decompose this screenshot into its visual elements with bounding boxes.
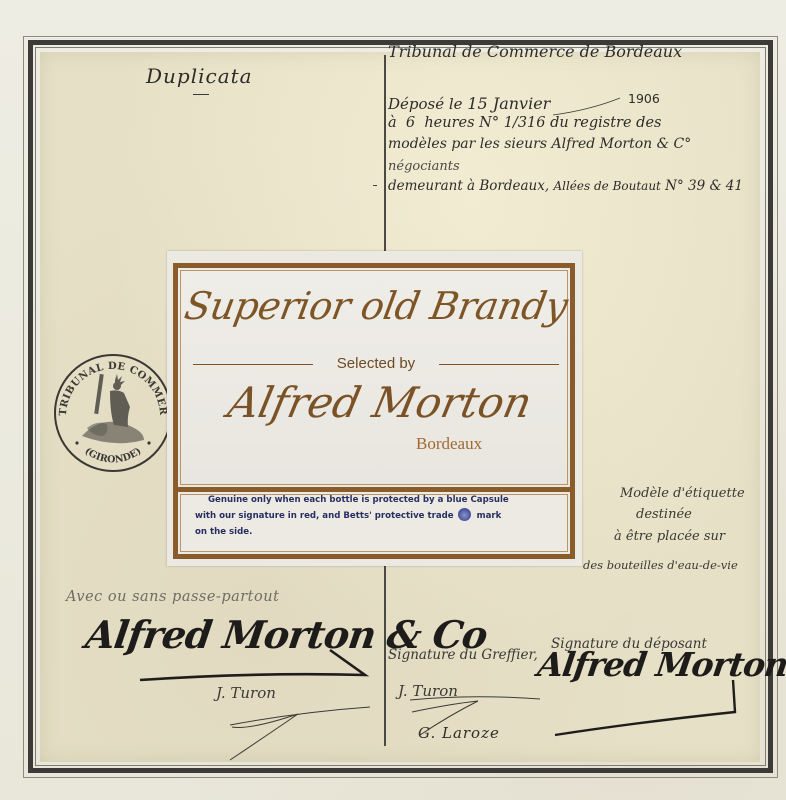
initials-signature-left: J. Turon	[216, 684, 276, 702]
deposit-prefix: Déposé le	[388, 95, 463, 113]
column-divider-top	[384, 55, 386, 260]
time-prefix: à	[388, 115, 397, 131]
passe-partout-note: Avec ou sans passe-partout	[66, 589, 279, 605]
selected-by-row: Selected by	[193, 355, 559, 375]
address-prefix: demeurant à Bordeaux,	[388, 178, 549, 194]
time-suffix: du registre des	[550, 115, 661, 131]
models-line: modèles par les sieurs Alfred Morton & C…	[388, 136, 691, 152]
deposit-year: 1906	[628, 91, 660, 106]
side-note-line-1: Modèle d'étiquette	[620, 486, 745, 501]
time-mid: heures N°	[424, 115, 499, 131]
depositor-signature-right: Alfred Morton & Co	[535, 645, 786, 684]
label-maker-name: Alfred Morton	[205, 378, 555, 427]
time-hour: 6	[406, 115, 415, 131]
side-note-line-4: des bouteilles d'eau-de-vie	[583, 558, 738, 572]
address-street: Allées de Boutaut	[553, 179, 660, 193]
address-number: N° 39 & 41	[665, 178, 743, 194]
stamp-ring-text: TRIBUNAL DE COMMERCE DE BORDEAUX	[52, 352, 168, 416]
betts-trademark-seal-icon	[458, 508, 471, 521]
side-note-line-3: à être placée sur	[614, 529, 725, 544]
initials-signature-right: J. Turon	[398, 682, 458, 700]
notice-line-2: with our signature in red, and Betts' pr…	[195, 508, 555, 524]
deposit-date: 15 Janvier	[467, 94, 550, 113]
notice-line-3: on the side.	[195, 524, 555, 540]
models-prefix: modèles par les sieurs	[388, 136, 547, 152]
notice-line-1: Genuine only when each bottle is protect…	[195, 492, 555, 508]
notice-line-2b: mark	[477, 511, 502, 521]
court-seal-stamp: TRIBUNAL DE COMMERCE DE BORDEAUX (GIROND…	[52, 352, 174, 474]
profession: négociants	[388, 159, 460, 174]
svg-text:TRIBUNAL DE COMMERCE DE BORDEA: TRIBUNAL DE COMMERCE DE BORDEAUX	[52, 352, 168, 416]
notice-line-2a: with our signature in red, and Betts' pr…	[195, 511, 454, 521]
label-title: Superior old Brandy	[177, 284, 575, 328]
greffier-signature-label: Signature du Greffier,	[388, 647, 538, 663]
deposit-time-line: à 6 heures N° 1/316 du registre des	[388, 115, 661, 131]
deposit-date-line: Déposé le 15 Janvier	[388, 94, 550, 113]
margin-dash	[373, 185, 377, 186]
address-line: demeurant à Bordeaux, Allées de Boutaut …	[388, 178, 743, 194]
greffier-name: G. Laroze	[418, 724, 500, 742]
ornament-line-right	[439, 364, 559, 365]
duplicata-heading: Duplicata	[146, 64, 253, 88]
register-number: 1/316	[504, 115, 546, 131]
depositor-name: Alfred Morton & C°	[552, 136, 692, 152]
label-notice: Genuine only when each bottle is protect…	[195, 492, 555, 540]
svg-text:(GIRONDE): (GIRONDE)	[83, 446, 144, 466]
court-name: Tribunal de Commerce de Bordeaux	[388, 42, 682, 61]
side-note-line-2: destinée	[636, 507, 692, 522]
duplicata-underline	[193, 94, 209, 95]
stamp-bottom-text: (GIRONDE)	[83, 446, 144, 466]
label-city: Bordeaux	[416, 434, 482, 454]
